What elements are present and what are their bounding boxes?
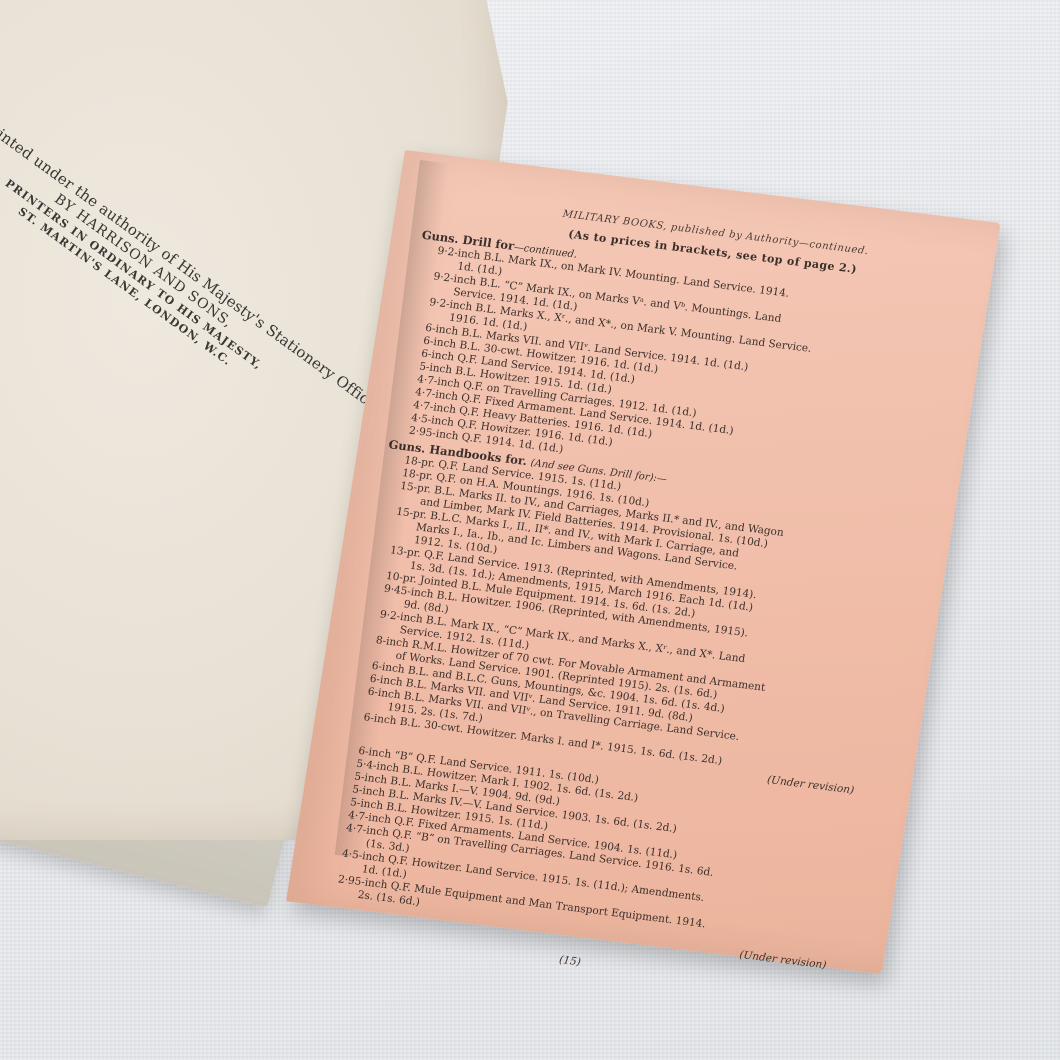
printer-imprint: Printed under the authority of His Majes… [0,115,330,415]
imprint-authority-line: Printed under the authority of His Majes… [0,115,330,376]
